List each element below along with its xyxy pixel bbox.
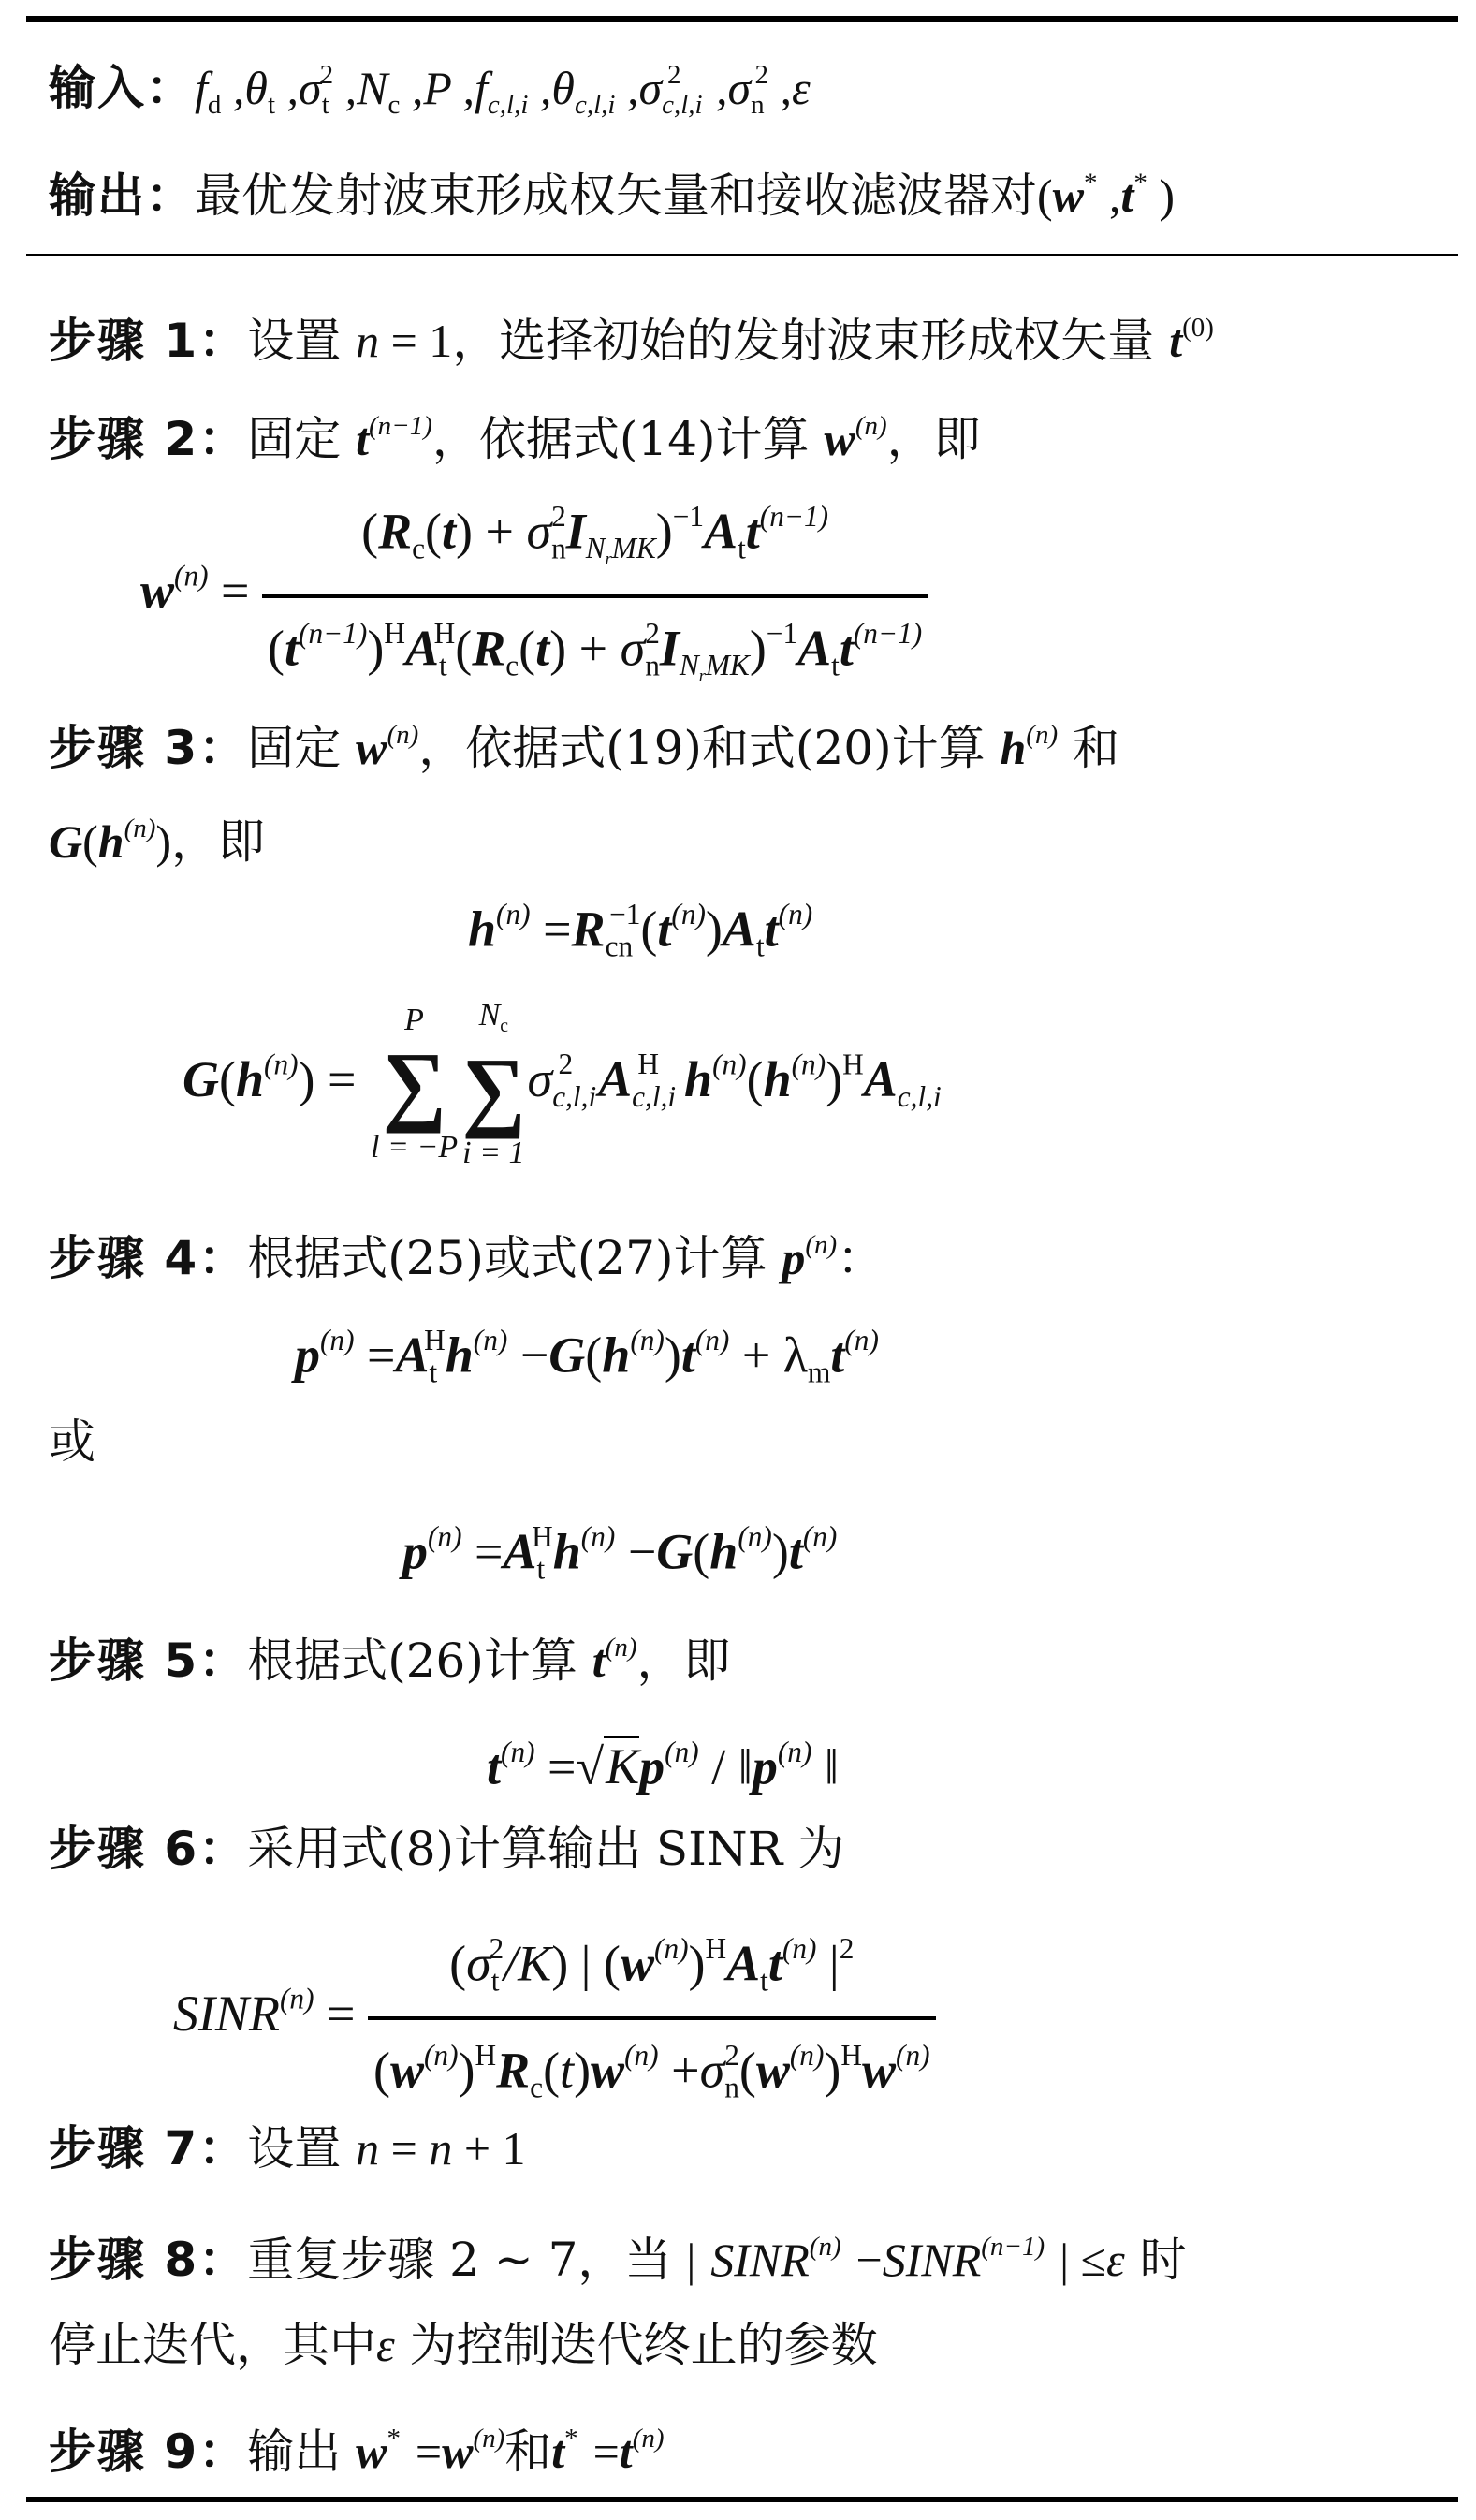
table-top-rule — [26, 16, 1458, 22]
step-8: 步骤 8：重复步骤 2 ~ 7，当 | SINR(n) −SINR(n−1) |… — [49, 2219, 1187, 2288]
step-1-text: 设置 — [247, 314, 341, 368]
equation-h: h(n) =Rcn−1(t(n))Att(n) — [468, 885, 812, 976]
sum-l: P∑l = −P — [371, 1002, 458, 1166]
step-6-label: 步骤 6： — [49, 1822, 247, 1876]
input-row: 输入：fd ,θt ,σt2 ,Nc ,P ,fc,l,i ,θc,l,i ,σ… — [49, 47, 811, 133]
step-1-t0: t — [1169, 315, 1182, 367]
equation-w: w(n) = (Rc(t) + σn2INrMK)−1Att(n−1) (t(n… — [140, 487, 928, 706]
step-2-text-c: ，即 — [887, 412, 981, 466]
output-text: 最优发射波束形成权矢量和接收滤波器对 — [195, 168, 1037, 223]
step-7: 步骤 7：设置 n = n + 1 — [49, 2120, 526, 2176]
step-4-or: 或 — [49, 1414, 95, 1470]
equation-t: t(n) =√Kp(n) / ‖p(n) ‖ — [487, 1722, 839, 1796]
step-1-label: 步骤 1： — [49, 314, 247, 368]
step-8-text-c: 停止迭代，其中 — [49, 2318, 376, 2372]
equation-G: G(h(n)) = P∑l = −PNc∑i = 1σc,l,i2 Ac,l,i… — [183, 997, 942, 1172]
step-2-text-b: ，依据式(14)计算 — [432, 412, 810, 466]
output-pair: (w* ,t* ) — [1037, 169, 1175, 222]
input-label: 输入： — [49, 61, 195, 115]
step-7-label: 步骤 7： — [49, 2121, 247, 2176]
epsilon: ε — [376, 2319, 395, 2371]
sum-i: Nc∑i = 1 — [461, 997, 525, 1172]
step-3-cont: G(h(n))，即 — [49, 800, 265, 870]
step-8-label: 步骤 8： — [49, 2233, 247, 2287]
table-header-rule — [26, 254, 1458, 256]
table-bottom-rule — [26, 2497, 1458, 2502]
step-5-text-b: ，即 — [636, 1634, 730, 1688]
step-5-label: 步骤 5： — [49, 1634, 247, 1688]
step-8-text-b: 时 — [1140, 2233, 1187, 2287]
step-1-math: n — [356, 315, 379, 367]
step-9-text: 输出 — [247, 2425, 341, 2479]
step-7-text: 设置 — [247, 2121, 341, 2176]
step-4-label: 步骤 4： — [49, 1231, 247, 1285]
equation-sinr: SINR(n) = (σt2/K) | (w(n))HAtt(n) |2 (w(… — [173, 1919, 936, 2118]
step-8-text: 重复步骤 2 ~ 7，当 — [247, 2233, 671, 2287]
step-1-text-b: ，选择初始的发射波束形成权矢量 — [452, 314, 1154, 368]
output-row: 输出：最优发射波束形成权矢量和接收滤波器对(w* ,t* ) — [49, 154, 1175, 224]
equation-p-1: p(n) =AtHh(n) −G(h(n))t(n) + λmt(n) — [295, 1311, 879, 1402]
step-5: 步骤 5：根据式(26)计算 t(n)，即 — [49, 1619, 730, 1689]
step-6: 步骤 6：采用式(8)计算输出 SINR 为 — [49, 1821, 844, 1877]
step-9: 步骤 9：输出 w* =w(n)和t* =t(n) — [49, 2410, 665, 2480]
input-params: fd ,θt ,σt2 ,Nc ,P ,fc,l,i ,θc,l,i ,σc,l… — [195, 62, 811, 114]
step-4: 步骤 4：根据式(25)或式(27)计算 p(n)： — [49, 1217, 884, 1286]
step-8-cont: 停止迭代，其中ε 为控制迭代终止的参数 — [49, 2317, 878, 2373]
step-4-text-b: ： — [837, 1231, 884, 1285]
step-8-text-d: 为控制迭代终止的参数 — [410, 2318, 878, 2372]
step-1: 步骤 1：设置 n = 1，选择初始的发射波束形成权矢量 t(0) — [49, 300, 1214, 369]
step-6-text: 采用式(8)计算输出 SINR 为 — [247, 1822, 844, 1876]
or-text: 或 — [49, 1414, 95, 1469]
step-4-text: 根据式(25)或式(27)计算 — [247, 1231, 767, 1285]
step-2: 步骤 2：固定 t(n−1)，依据式(14)计算 w(n)，即 — [49, 398, 981, 467]
step-9-label: 步骤 9： — [49, 2425, 247, 2479]
step-9-text-b: 和 — [504, 2425, 551, 2479]
step-2-text: 固定 — [247, 412, 341, 466]
step-3-text-c: 和 — [1073, 721, 1119, 775]
step-3-label: 步骤 3： — [49, 721, 247, 775]
step-2-label: 步骤 2： — [49, 412, 247, 466]
output-label: 输出： — [49, 168, 195, 223]
equation-p-2: p(n) =AtHh(n) −G(h(n))t(n) — [402, 1507, 837, 1599]
step-3: 步骤 3：固定 w(n)，依据式(19)和式(20)计算 h(n) 和 — [49, 707, 1119, 776]
step-3-text-b: ，依据式(19)和式(20)计算 — [418, 721, 985, 775]
step-3-text: 固定 — [247, 721, 341, 775]
step-5-text: 根据式(26)计算 — [247, 1634, 577, 1688]
